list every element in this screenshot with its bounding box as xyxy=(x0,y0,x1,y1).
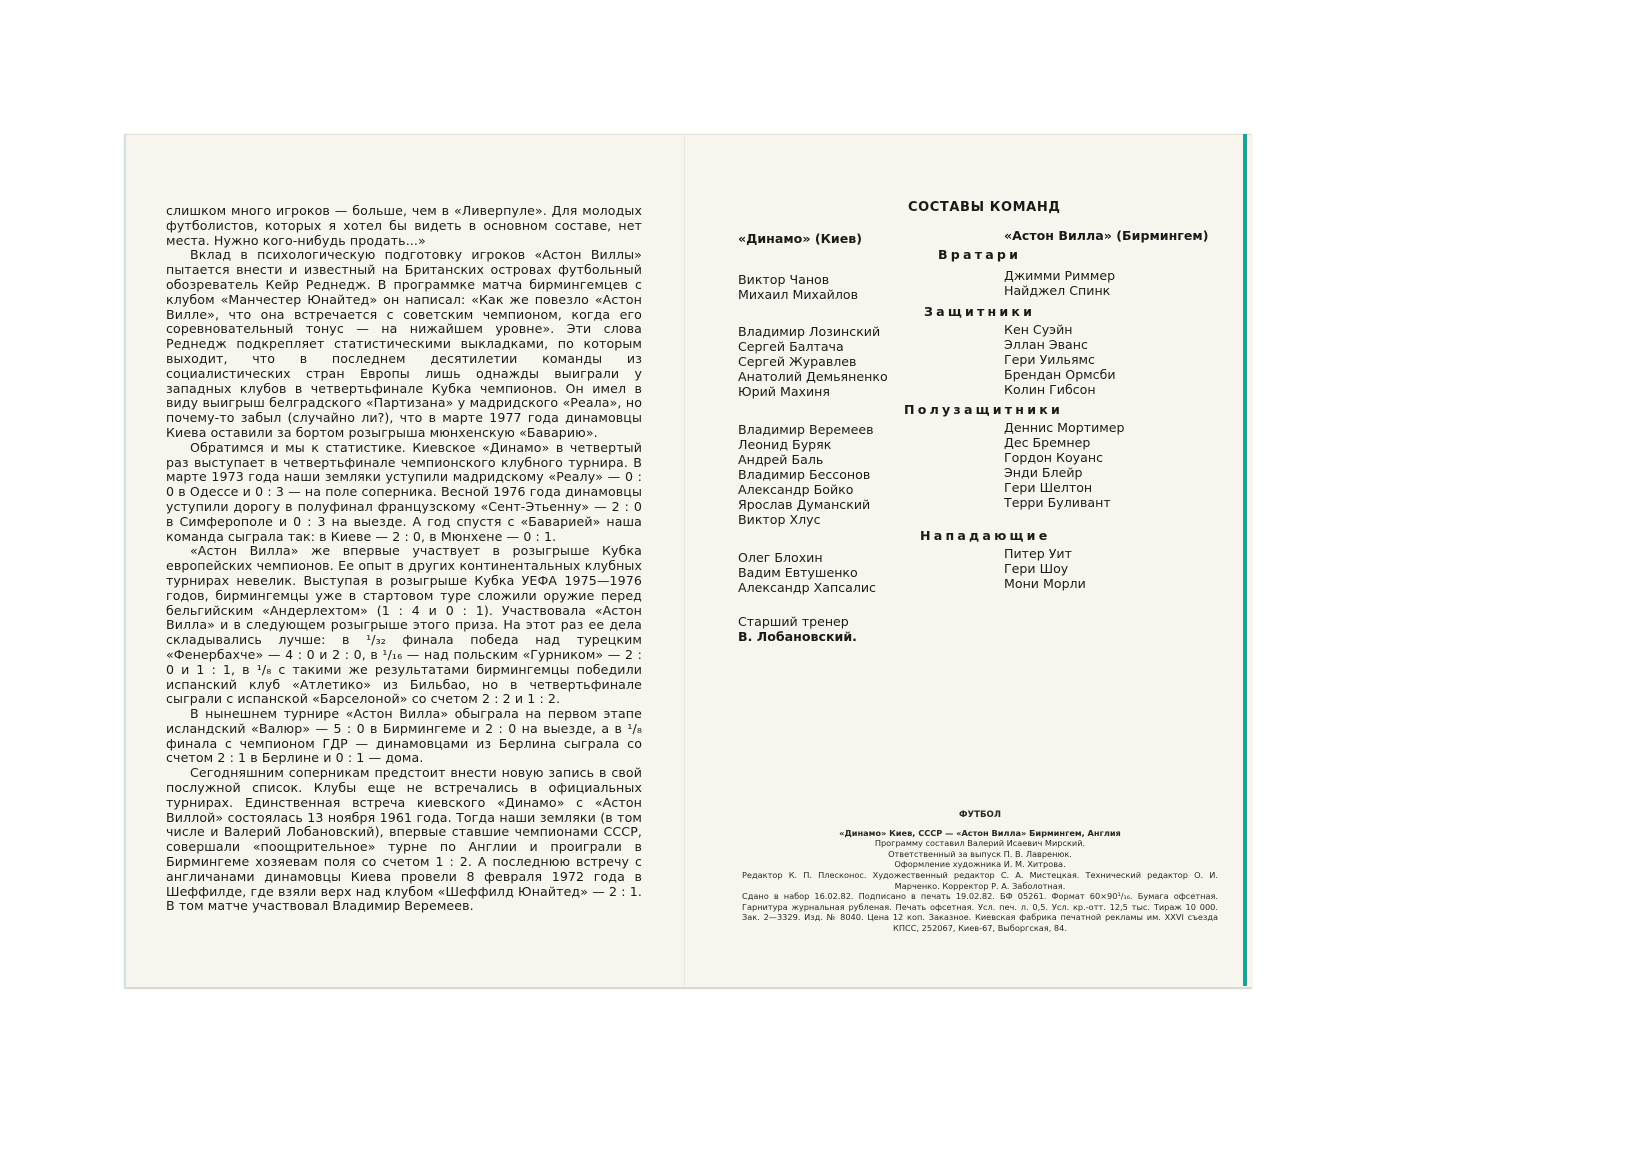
imprint-editors: Редактор К. П. Плесконос. Художественный… xyxy=(742,870,1218,891)
lineups-title: СОСТАВЫ КОМАНД xyxy=(908,200,1061,215)
article-paragraph: Обратимся и мы к статистике. Киевское «Д… xyxy=(166,441,642,545)
article-paragraph: слишком много игроков — больше, чем в «Л… xyxy=(166,204,642,248)
player-name: Владимир Лозинский xyxy=(738,324,888,339)
player-name: Гордон Коуанс xyxy=(1004,450,1125,465)
head-coach-name: В. Лобановский. xyxy=(738,629,857,644)
publication-imprint: ФУТБОЛ «Динамо» Киев, СССР — «Астон Вилл… xyxy=(742,810,1218,934)
player-name: Гери Шоу xyxy=(1004,561,1086,576)
player-name: Найджел Спинк xyxy=(1004,283,1115,298)
away-defenders: Кен Суэйн Эллан Эванс Гери Уильямс Бренд… xyxy=(1004,322,1116,397)
home-goalkeepers: Виктор Чанов Михаил Михайлов xyxy=(738,272,858,302)
player-name: Вадим Евтушенко xyxy=(738,565,876,580)
player-name: Александр Хапсалис xyxy=(738,580,876,595)
player-name: Гери Шелтон xyxy=(1004,480,1125,495)
home-midfielders: Владимир Веремеев Леонид Буряк Андрей Ба… xyxy=(738,422,874,527)
head-coach-label: Старший тренер xyxy=(738,614,849,629)
player-name: Михаил Михайлов xyxy=(738,287,858,302)
article-paragraph: «Астон Вилла» же впервые участвует в роз… xyxy=(166,544,642,707)
player-name: Кен Суэйн xyxy=(1004,322,1116,337)
player-name: Виктор Чанов xyxy=(738,272,858,287)
imprint-responsible: Ответственный за выпуск П. В. Лавренюк. xyxy=(742,849,1218,860)
player-name: Александр Бойко xyxy=(738,482,874,497)
away-goalkeepers: Джимми Риммер Найджел Спинк xyxy=(1004,268,1115,298)
home-team-heading: «Динамо» (Киев) xyxy=(738,231,862,246)
imprint-compiled-by: Программу составил Валерий Исаевич Мирск… xyxy=(742,838,1218,849)
player-name: Мони Морли xyxy=(1004,576,1086,591)
player-name: Сергей Журавлев xyxy=(738,354,888,369)
position-heading-goalkeepers: Вратари xyxy=(938,247,1021,262)
position-heading-defenders: Защитники xyxy=(924,304,1035,319)
article-paragraph: В нынешнем турнире «Астон Вилла» обыграл… xyxy=(166,707,642,766)
player-name: Андрей Баль xyxy=(738,452,874,467)
player-name: Анатолий Демьяненко xyxy=(738,369,888,384)
player-name: Олег Блохин xyxy=(738,550,876,565)
player-name: Ярослав Думанский xyxy=(738,497,874,512)
position-heading-forwards: Нападающие xyxy=(920,528,1050,543)
imprint-match-line: «Динамо» Киев, СССР — «Астон Вилла» Бирм… xyxy=(742,828,1218,839)
article-text: слишком много игроков — больше, чем в «Л… xyxy=(166,204,642,914)
player-name: Владимир Бессонов xyxy=(738,467,874,482)
imprint-design: Оформление художника И. М. Хитрова. xyxy=(742,859,1218,870)
player-name: Юрий Махиня xyxy=(738,384,888,399)
home-defenders: Владимир Лозинский Сергей Балтача Сергей… xyxy=(738,324,888,399)
player-name: Энди Блейр xyxy=(1004,465,1125,480)
article-paragraph: Вклад в психологическую подготовку игрок… xyxy=(166,248,642,440)
imprint-heading: ФУТБОЛ xyxy=(742,810,1218,821)
player-name: Сергей Балтача xyxy=(738,339,888,354)
player-name: Терри Буливант xyxy=(1004,495,1125,510)
player-name: Гери Уильямс xyxy=(1004,352,1116,367)
player-name: Эллан Эванс xyxy=(1004,337,1116,352)
center-fold xyxy=(684,134,685,986)
player-name: Джимми Риммер xyxy=(1004,268,1115,283)
away-forwards: Питер Уит Гери Шоу Мони Морли xyxy=(1004,546,1086,591)
player-name: Владимир Веремеев xyxy=(738,422,874,437)
away-team-heading: «Астон Вилла» (Бирмингем) xyxy=(1004,228,1208,243)
player-name: Деннис Мортимер xyxy=(1004,420,1125,435)
home-forwards: Олег Блохин Вадим Евтушенко Александр Ха… xyxy=(738,550,876,595)
away-midfielders: Деннис Мортимер Дес Бремнер Гордон Коуан… xyxy=(1004,420,1125,510)
player-name: Питер Уит xyxy=(1004,546,1086,561)
imprint-print-details: Сдано в набор 16.02.82. Подписано в печа… xyxy=(742,891,1218,933)
player-name: Леонид Буряк xyxy=(738,437,874,452)
player-name: Виктор Хлус xyxy=(738,512,874,527)
article-paragraph: Сегодняшним соперникам предстоит внести … xyxy=(166,766,642,914)
position-heading-midfielders: Полузащитники xyxy=(904,402,1063,417)
player-name: Дес Бремнер xyxy=(1004,435,1125,450)
cover-edge-binding xyxy=(1243,134,1247,986)
player-name: Колин Гибсон xyxy=(1004,382,1116,397)
player-name: Брендан Ормсби xyxy=(1004,367,1116,382)
